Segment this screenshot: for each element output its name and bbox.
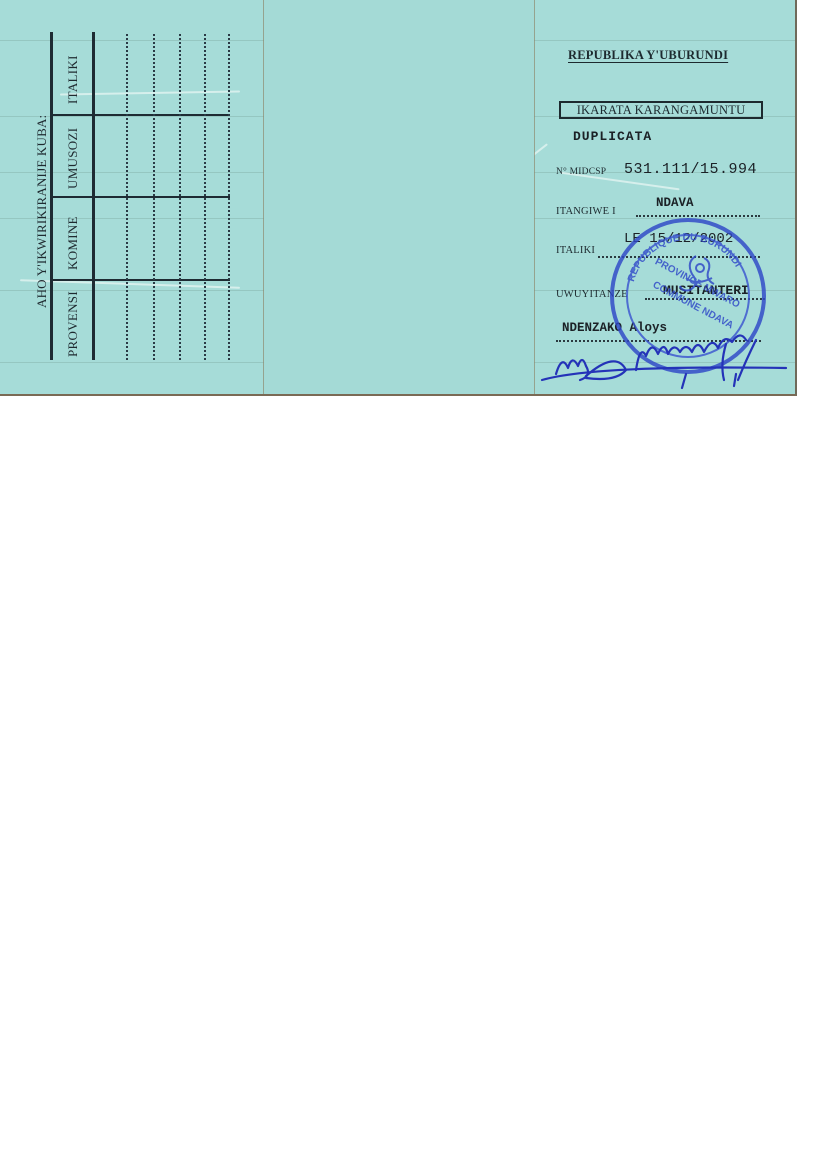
dotted-row-line <box>204 34 206 360</box>
dotted-row-line <box>179 34 181 360</box>
address-panel: AHO Y'IKWIRIKIRANIJE KUBA: PROVENSI KOMI… <box>0 0 264 394</box>
column-header-umusozi: UMUSOZI <box>65 128 81 189</box>
number-value: 531.111/15.994 <box>624 161 757 178</box>
grid-line <box>50 196 230 198</box>
country-heading: REPUBLIKA Y'UBURUNDI <box>568 48 728 63</box>
duplicate-status: DUPLICATA <box>573 129 652 144</box>
dotted-row-line <box>228 34 230 360</box>
column-header-komine: KOMINE <box>65 216 81 270</box>
id-card: AHO Y'IKWIRIKIRANIJE KUBA: PROVENSI KOMI… <box>0 0 797 396</box>
address-panel-title: AHO Y'IKWIRIKIRANIJE KUBA: <box>34 115 50 308</box>
date-label: ITALIKI <box>556 245 595 256</box>
blank-panel <box>264 0 534 394</box>
dotted-field-line <box>636 215 760 217</box>
grid-line <box>50 114 230 116</box>
dotted-row-line <box>126 34 128 360</box>
signature <box>536 330 792 390</box>
column-header-provensi: PROVENSI <box>65 291 81 357</box>
issued-at-value: NDAVA <box>656 196 694 210</box>
dotted-row-line <box>153 34 155 360</box>
number-label: N° MIDCSP <box>556 167 606 177</box>
column-header-italiki: ITALIKI <box>65 55 81 104</box>
issued-at-label: ITANGIWE I <box>556 206 616 217</box>
card-title: IKARATA KARANGAMUNTU <box>559 101 763 119</box>
grid-line <box>50 279 230 281</box>
